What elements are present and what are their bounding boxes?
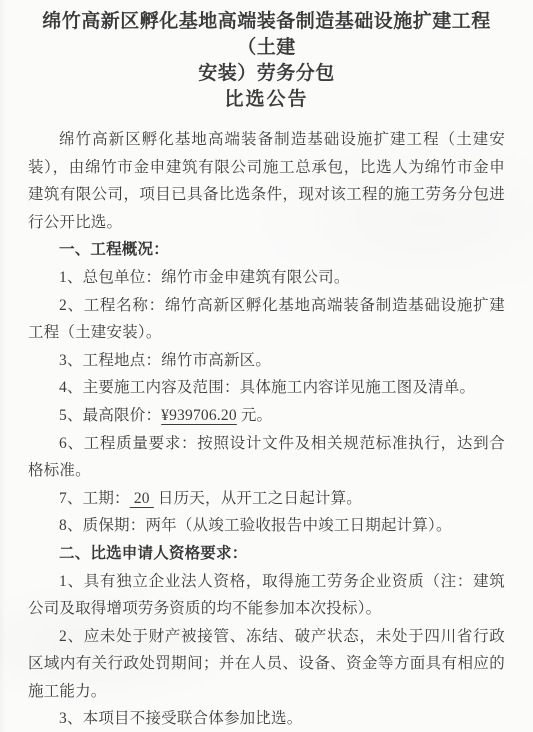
document-content: 绵竹高新区孵化基地高端装备制造基础设施扩建工程（土建 安装）劳务分包 比选公告 … xyxy=(0,0,533,732)
section-1-item-1: 1、总包单位：绵竹市金申建筑有限公司。 xyxy=(28,264,505,292)
document-title-line-2: 安装）劳务分包 xyxy=(198,63,335,84)
section-2-item-2: 2、应未处于财产被接管、冻结、破产状态，未处于四川省行政区域内有关行政处罚期间；… xyxy=(28,623,505,706)
max-price-unit: 元。 xyxy=(237,407,272,424)
duration-suffix: 日历天，从开工之日起计算。 xyxy=(154,490,362,507)
intro-paragraph: 绵竹高新区孵化基地高端装备制造基础设施扩建工程（土建安装），由绵竹市金申建筑有限… xyxy=(28,126,505,236)
section-1-heading: 一、工程概况： xyxy=(28,236,505,264)
section-1-item-6: 6、工程质量要求：按照设计文件及相关规范标准执行，达到合格标准。 xyxy=(28,430,505,485)
section-1-item-2: 2、工程名称：绵竹高新区孵化基地高端装备制造基础设施扩建工程（土建安装）。 xyxy=(28,292,505,347)
section-2-heading: 二、比选申请人资格要求： xyxy=(28,540,505,568)
duration-label: 7、工期： xyxy=(59,490,130,507)
max-price-label: 5、最高限价： xyxy=(59,407,161,424)
max-price-value: ¥939706.20 xyxy=(161,407,237,424)
document-title: 绵竹高新区孵化基地高端装备制造基础设施扩建工程（土建 安装）劳务分包 xyxy=(28,9,505,87)
document-body: 绵竹高新区孵化基地高端装备制造基础设施扩建工程（土建安装），由绵竹市金申建筑有限… xyxy=(28,126,505,732)
section-1-item-7: 7、工期： 20 日历天，从开工之日起计算。 xyxy=(28,485,505,513)
duration-value: 20 xyxy=(130,490,154,507)
section-2-item-1: 1、具有独立企业法人资格，取得施工劳务企业资质（注：建筑公司及取得增项劳务资质的… xyxy=(28,568,505,623)
document-subtitle: 比选公告 xyxy=(28,87,505,113)
section-1-item-4: 4、主要施工内容及范围：具体施工内容详见施工图及清单。 xyxy=(28,374,505,402)
page-number: 1 xyxy=(0,709,533,722)
document-title-line-1: 绵竹高新区孵化基地高端装备制造基础设施扩建工程（土建 xyxy=(42,11,491,58)
section-1-item-5: 5、最高限价：¥939706.20 元。 xyxy=(28,402,505,430)
section-1-item-3: 3、工程地点：绵竹市高新区。 xyxy=(28,347,505,375)
document-page: 绵竹高新区孵化基地高端装备制造基础设施扩建工程（土建 安装）劳务分包 比选公告 … xyxy=(0,0,533,732)
section-1-item-8: 8、质保期：两年（从竣工验收报告中竣工日期起计算）。 xyxy=(28,512,505,540)
